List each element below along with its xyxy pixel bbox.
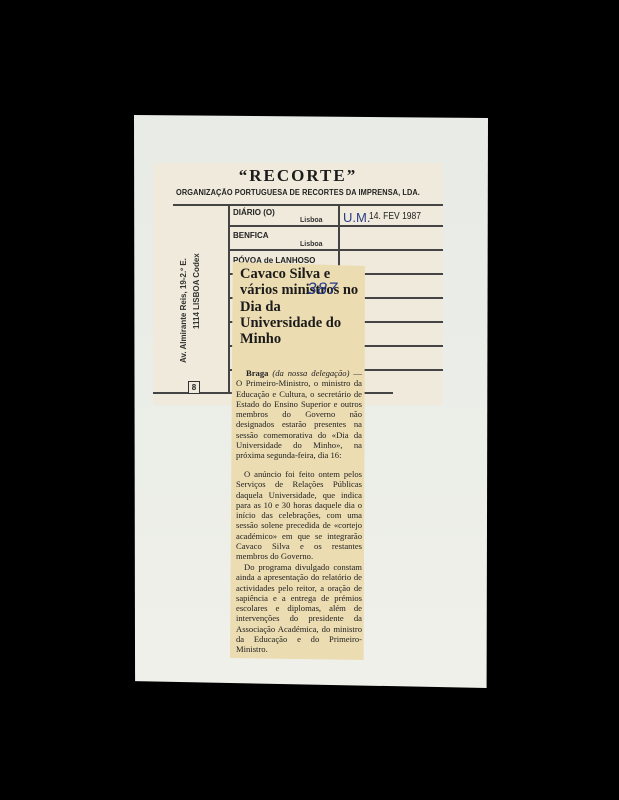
row-divider — [228, 249, 443, 251]
divider — [173, 204, 443, 206]
box-number: 8 — [188, 381, 200, 394]
address-line: Av. Almirante Reis, 19-2.º E. — [179, 258, 188, 363]
handwritten-publication: U.M. — [343, 210, 370, 225]
form-subtitle: ORGANIZAÇÃO PORTUGUESA DE RECORTES DA IM… — [165, 188, 432, 197]
form-title: “RECORTE” — [153, 166, 443, 186]
row-city: Lisboa — [300, 217, 323, 224]
newspaper-clipping: Cavaco Silva e vários ministros no Dia d… — [230, 262, 365, 660]
article-paragraph: O anúncio foi feito ontem pelos Serviços… — [236, 469, 362, 562]
article-paragraph: Braga (da nossa delegação) — O Primeiro-… — [236, 368, 362, 461]
row-label: DIÁRIO (O) — [233, 208, 275, 217]
date-stamp: 14. FEV 1987 — [369, 211, 421, 222]
handwritten-reference: 387 — [307, 279, 338, 299]
row-city: Lisboa — [300, 241, 323, 248]
dateline-note: (da nossa delegação) — [272, 368, 349, 378]
row-divider — [228, 225, 443, 227]
dateline: Braga — [236, 368, 268, 378]
headline: Cavaco Silva e vários ministros no Dia d… — [240, 266, 362, 347]
paragraph-text: — O Primeiro-Ministro, o ministro da Edu… — [236, 368, 362, 460]
row-label: BENFICA — [233, 231, 269, 240]
address-line: 1114 LISBOA Codex — [192, 253, 201, 329]
divider — [338, 204, 340, 266]
article-paragraph: Do programa divulgado constam ainda a ap… — [236, 562, 362, 655]
